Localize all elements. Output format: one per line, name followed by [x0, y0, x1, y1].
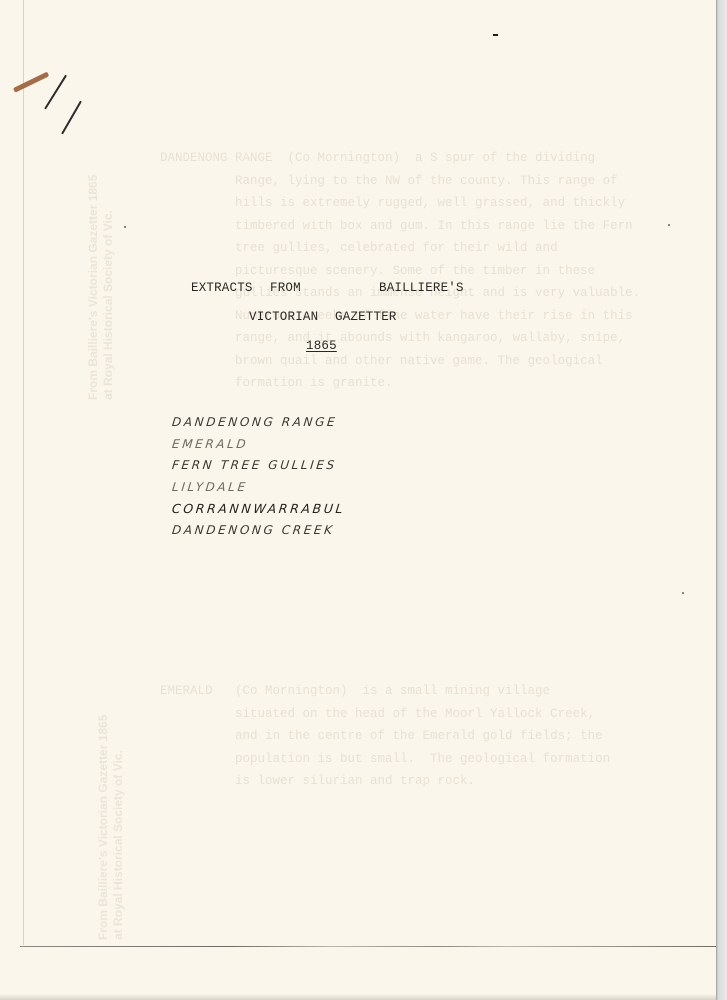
handwritten-item: DANDENONG RANGE	[171, 412, 346, 434]
bleed-through-vertical-note: From Bailliere's Victorian Gazetter 1865…	[96, 715, 126, 940]
fold-line	[20, 946, 716, 947]
heading-word: FROM	[270, 281, 301, 295]
ink-dash-mark	[493, 34, 498, 36]
heading-year: 1865	[306, 339, 337, 353]
ink-speck	[668, 224, 670, 226]
bleed-through-paragraph-emerald: EMERALD (Co Mornington) is a small minin…	[160, 680, 610, 793]
handwritten-item: DANDENONG CREEK	[171, 520, 346, 542]
bleed-through-paragraph-dandenong: DANDENONG RANGE (Co Mornington) a S spur…	[160, 147, 640, 395]
heading-word: EXTRACTS	[191, 281, 253, 295]
handwritten-item: CORRANNWARRABUL	[171, 498, 346, 520]
margin-line	[23, 0, 24, 945]
page-edge-shadow	[716, 0, 727, 1000]
heading-word: BAILLIERE'S	[379, 281, 464, 295]
heading-word: VICTORIAN	[249, 310, 318, 324]
bottom-edge-shadow	[0, 994, 716, 1000]
ink-speck	[124, 226, 126, 228]
ink-speck	[682, 592, 684, 594]
handwritten-item: EMERALD	[171, 434, 346, 456]
bleed-through-vertical-note: From Bailliere's Victorian Gazetter 1865…	[86, 175, 116, 400]
heading-word: GAZETTER	[335, 310, 397, 324]
handwritten-item: FERN TREE GULLIES	[171, 455, 346, 477]
handwritten-item: LILYDALE	[171, 477, 346, 499]
handwritten-place-list: DANDENONG RANGE EMERALD FERN TREE GULLIE…	[172, 412, 345, 541]
